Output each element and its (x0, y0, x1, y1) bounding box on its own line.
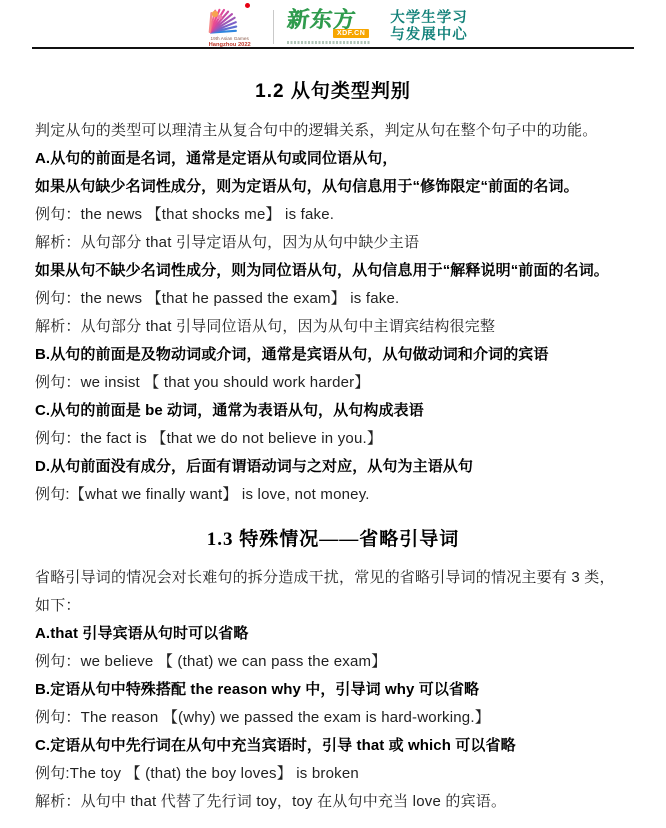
text-line: 例句:The toy 【 (that) the boy loves】 is br… (35, 760, 636, 788)
dept-name-line1: 大学生学习 (390, 10, 468, 27)
xdf-brand-text: 新东方 (286, 9, 357, 31)
text-line: 省略引导词的情况会对长难句的拆分造成干扰，常见的省略引导词的情况主要有 3 类， (35, 564, 636, 592)
fan-icon (202, 5, 256, 35)
document-page: 19th Asian Games Hangzhou 2022 新东方 XDF.C… (0, 0, 666, 816)
text-line: 例句:【what we finally want】 is love, not m… (35, 481, 636, 509)
section-body-1-3: 省略引导词的情况会对长难句的拆分造成干扰，常见的省略引导词的情况主要有 3 类，… (35, 564, 636, 816)
text-line: 解析：从句中 that 代替了先行词 toy，toy 在从句中充当 love 的… (35, 788, 636, 816)
asian-games-caption-line1: 19th Asian Games (209, 37, 249, 42)
text-line: C.定语从句中先行词在从句中充当宾语时，引导 that 或 which 可以省略 (35, 732, 636, 760)
text-line: C.从句的前面是 be 动词，通常为表语从句，从句构成表语 (35, 397, 636, 425)
dept-name-line2: 与发展中心 (390, 27, 468, 44)
text-line: D.从句前面没有成分，后面有谓语动词与之对应，从句为主语从句 (35, 453, 636, 481)
text-line: 例句：we believe 【 (that) we can pass the e… (35, 648, 636, 676)
text-line: A.that 引导宾语从句时可以省略 (35, 620, 636, 648)
asian-games-logo: 19th Asian Games Hangzhou 2022 (198, 5, 260, 48)
text-line: 如果从句不缺少名词性成分，则为同位语从句，从句信息用于“解释说明“前面的名词。 (35, 257, 636, 285)
text-line: 例句：The reason 【(why) we passed the exam … (35, 704, 636, 732)
section-body-1-2: 判定从句的类型可以理清主从复合句中的逻辑关系，判定从句在整个句子中的功能。A.从… (35, 117, 636, 509)
text-line: 如果从句缺少名词性成分，则为定语从句，从句信息用于“修饰限定“前面的名词。 (35, 173, 636, 201)
header-rule (32, 47, 634, 49)
page-header: 19th Asian Games Hangzhou 2022 新东方 XDF.C… (0, 0, 666, 47)
text-line: 解析：从句部分 that 引导定语从句，因为从句中缺少主语 (35, 229, 636, 257)
text-line: A.从句的前面是名词，通常是定语从句或同位语从句， (35, 145, 636, 173)
text-line: 例句：the fact is 【that we do not believe i… (35, 425, 636, 453)
text-line: 例句：the news 【that shocks me】 is fake. (35, 201, 636, 229)
text-line: B.定语从句中特殊搭配 the reason why 中，引导词 why 可以省… (35, 676, 636, 704)
section-1-3: 1.3 特殊情况——省略引导词 省略引导词的情况会对长难句的拆分造成干扰，常见的… (0, 524, 666, 816)
xdf-tagline-microtext (287, 41, 371, 44)
asian-games-caption: 19th Asian Games Hangzhou 2022 (204, 36, 255, 48)
asian-games-fan-icon (202, 5, 256, 35)
asian-games-caption-line2: Hangzhou 2022 (208, 43, 250, 48)
section-1-2: 1.2 从句类型判别 判定从句的类型可以理清主从复合句中的逻辑关系，判定从句在整… (0, 76, 666, 509)
dept-name: 大学生学习 与发展中心 (390, 10, 468, 44)
text-line: 例句：the news 【that he passed the exam】 is… (35, 285, 636, 313)
text-line: 例句：we insist 【 that you should work hard… (35, 369, 636, 397)
section-title-1-3: 1.3 特殊情况——省略引导词 (0, 524, 666, 551)
section-title-1-2: 1.2 从句类型判别 (0, 76, 666, 103)
text-line: 判定从句的类型可以理清主从复合句中的逻辑关系，判定从句在整个句子中的功能。 (35, 117, 636, 145)
header-divider (273, 10, 274, 44)
xdf-logo: 新东方 XDF.CN (287, 9, 377, 44)
text-line: B.从句的前面是及物动词或介词，通常是宾语从句，从句做动词和介词的宾语 (35, 341, 636, 369)
text-line: 解析：从句部分 that 引导同位语从句，因为从句中主谓宾结构很完整 (35, 313, 636, 341)
text-line: 如下： (35, 592, 636, 620)
